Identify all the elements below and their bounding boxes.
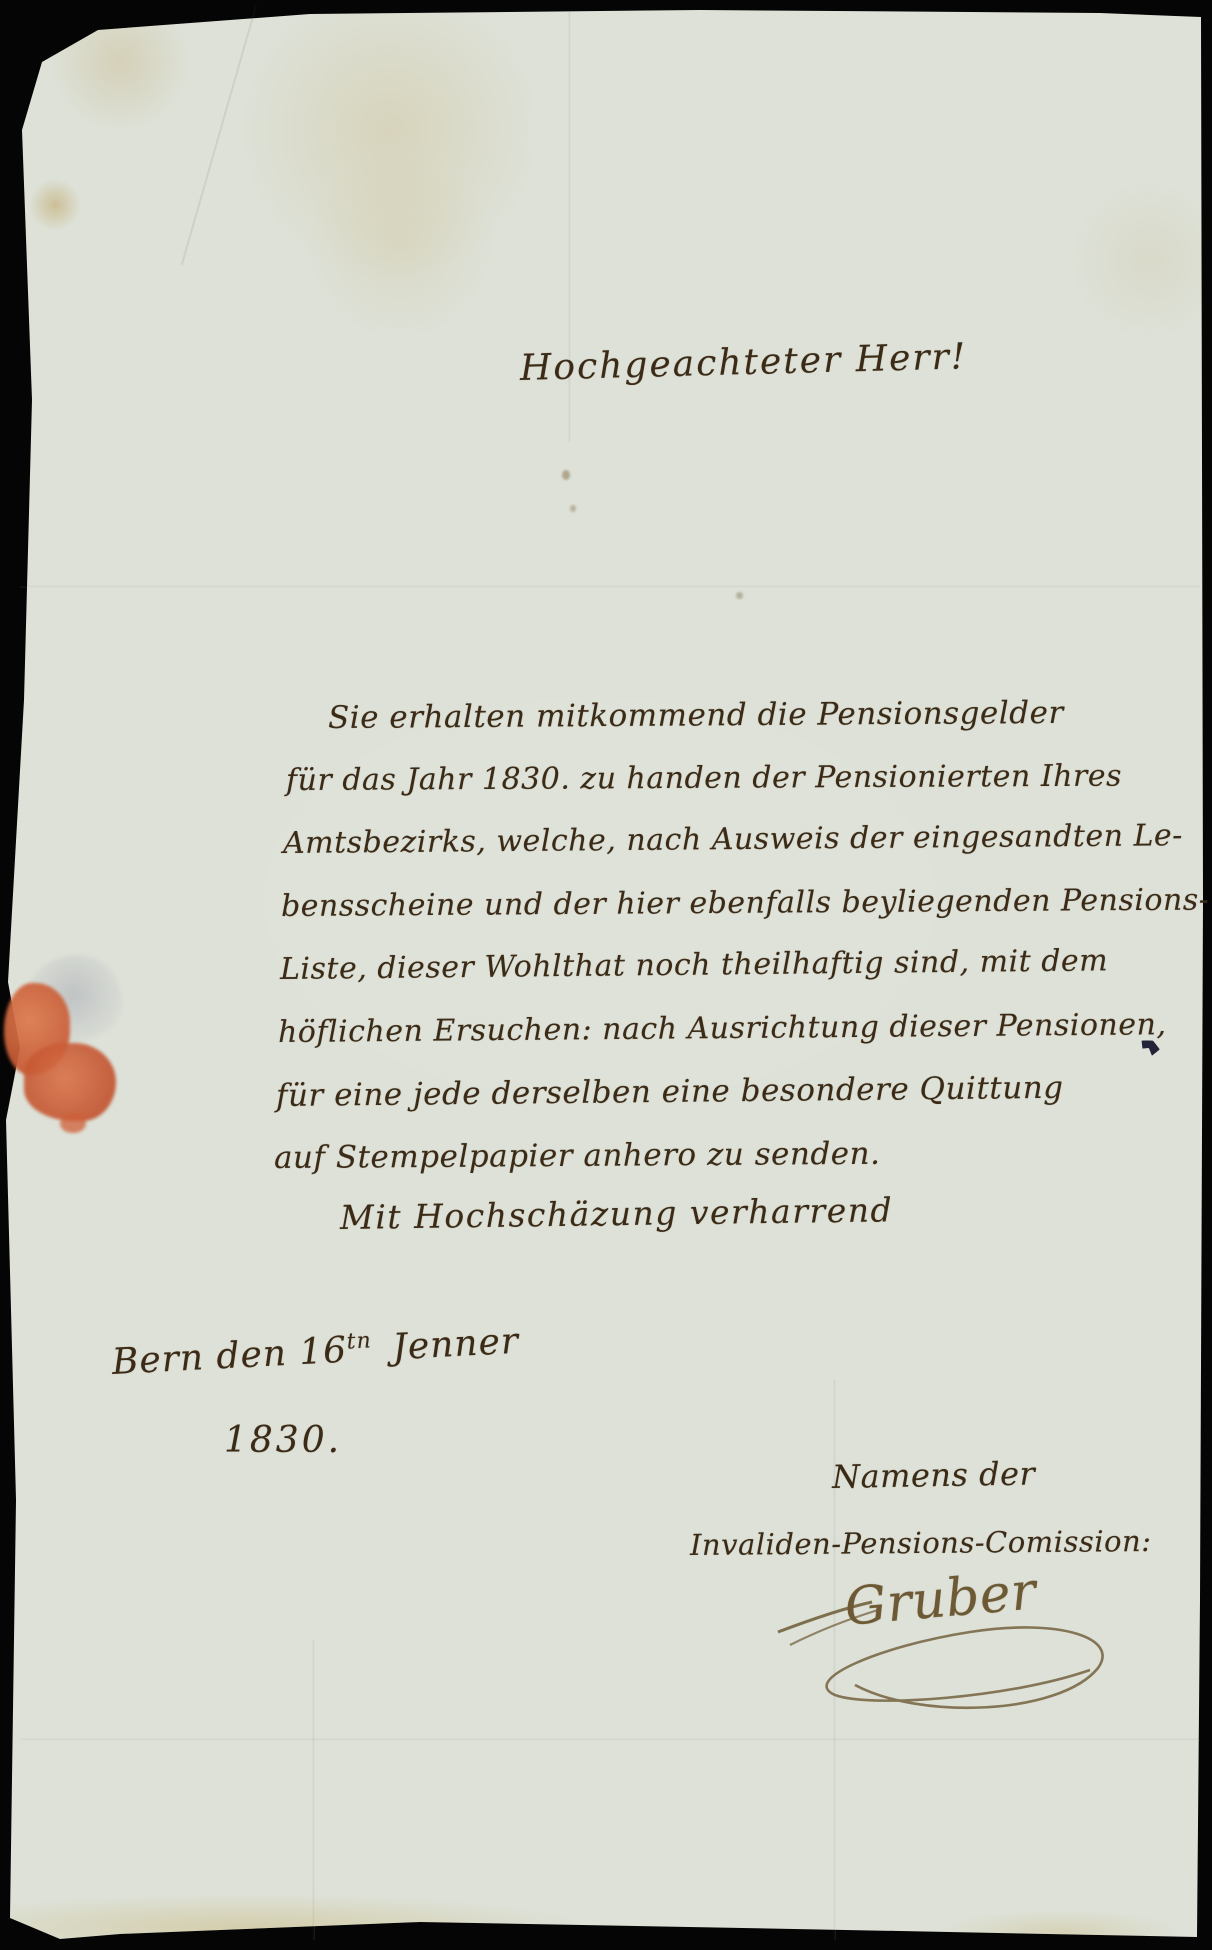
dateline-day-suffix: tn	[346, 1328, 372, 1354]
body-line-8: auf Stempelpapier anhero zu senden.	[274, 1136, 881, 1176]
fold-crease-bottom-left-vertical	[312, 1640, 315, 1940]
letter-scan: Hochgeachteter Herr! Sie erhalten mitkom…	[0, 0, 1212, 1950]
bleed-through-speck	[562, 470, 570, 480]
seal-wax-speck	[60, 1113, 86, 1133]
body-line-2: für das Jahr 1830. zu handen der Pension…	[286, 759, 1122, 798]
seal-wax-blob-lower	[24, 1043, 116, 1121]
fold-crease-middle-horizontal	[20, 585, 1200, 588]
signature-block-namens: Namens der	[832, 1454, 1036, 1496]
bleed-through-speck	[736, 592, 743, 599]
closing-line: Mit Hochschäzung verharrend	[340, 1190, 894, 1237]
dateline-month: Jenner	[391, 1321, 520, 1369]
signature-block-commission: Invaliden-Pensions-Comission:	[690, 1524, 1152, 1562]
body-line-4: bensscheine und der hier ebenfalls beyli…	[281, 883, 1210, 924]
body-line-1: Sie erhalten mitkommend die Pensionsgeld…	[328, 695, 1064, 736]
wax-seal-residue	[0, 945, 130, 1145]
dateline-year: 1830.	[224, 1420, 342, 1461]
bleed-through-speck	[570, 505, 576, 512]
